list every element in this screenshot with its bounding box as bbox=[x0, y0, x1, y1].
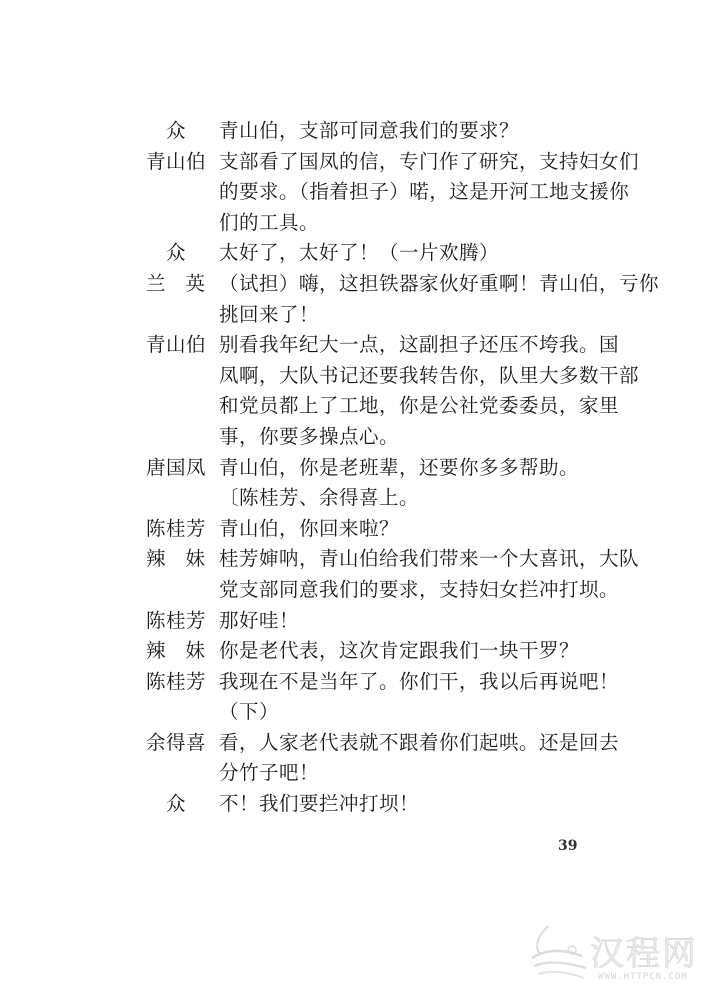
dialogue-text: 支部看了国凤的信，专门作了研究，支持妇女们 bbox=[219, 147, 639, 178]
dialogue-line: 挑回来了！ bbox=[146, 300, 606, 331]
dialogue-line: 陈桂芳青山伯，你回来啦？ bbox=[146, 514, 606, 545]
dialogue-line: 青山伯别看我年纪大一点，这副担子还压不垮我。国 bbox=[146, 330, 606, 361]
dialogue-text: 不！我们要拦冲打坝！ bbox=[219, 789, 419, 820]
watermark: 汉程网 WWW.HTTPCN.COM bbox=[528, 920, 708, 990]
dialogue-line: 青山伯支部看了国凤的信，专门作了研究，支持妇女们 bbox=[146, 147, 606, 178]
speaker: 陈桂芳 bbox=[146, 606, 212, 637]
speaker: 众 bbox=[146, 789, 206, 820]
dialogue-text: 凤啊，大队书记还要我转告你，队里大多数干部 bbox=[219, 361, 639, 392]
dialogue-text: 别看我年纪大一点，这副担子还压不垮我。国 bbox=[219, 330, 619, 361]
speaker: 唐国凤 bbox=[146, 453, 212, 484]
stage-direction-text: 〔陈桂芳、余得喜上。 bbox=[219, 483, 419, 514]
speaker: 辣妹 bbox=[146, 544, 212, 575]
dialogue-text: 青山伯，你是老班辈，还要你多多帮助。 bbox=[219, 453, 579, 484]
dialogue-line: 和党员都上了工地，你是公社党委委员，家里 bbox=[146, 391, 606, 422]
dialogue-line: 陈桂芳那好哇！ bbox=[146, 606, 606, 637]
speaker: 兰英 bbox=[146, 269, 212, 300]
dialogue-text: 我现在不是当年了。你们干，我以后再说吧！ bbox=[219, 667, 619, 698]
dialogue-text: 和党员都上了工地，你是公社党委委员，家里 bbox=[219, 391, 619, 422]
page-number: 39 bbox=[558, 838, 577, 854]
stage-direction: 〔陈桂芳、余得喜上。 bbox=[146, 483, 606, 514]
speaker: 众 bbox=[146, 238, 206, 269]
dialogue-line: 兰英（试担）嗨，这担铁器家伙好重啊！青山伯，亏你 bbox=[146, 269, 606, 300]
dialogue-text: 们的工具。 bbox=[219, 208, 319, 239]
stage-direction-text: （下） bbox=[219, 697, 279, 728]
dialogue-text: 党支部同意我们的要求，支持妇女拦冲打坝。 bbox=[219, 575, 619, 606]
dialogue-text: 看，人家老代表就不跟着你们起哄。还是回去 bbox=[219, 728, 619, 759]
dialogue-line: 辣妹桂芳婶呐，青山伯给我们带来一个大喜讯，大队 bbox=[146, 544, 606, 575]
dialogue-line: 陈桂芳我现在不是当年了。你们干，我以后再说吧！ bbox=[146, 667, 606, 698]
dialogue-text: 青山伯，你回来啦？ bbox=[219, 514, 399, 545]
dialogue-line: 众不！我们要拦冲打坝！ bbox=[146, 789, 606, 820]
dialogue-line: 众太好了，太好了！（一片欢腾） bbox=[146, 238, 606, 269]
speaker: 青山伯 bbox=[146, 330, 212, 361]
dialogue-block: 众青山伯，支部可同意我们的要求？ 青山伯支部看了国凤的信，专门作了研究，支持妇女… bbox=[146, 116, 606, 820]
dialogue-line: 事，你要多操点心。 bbox=[146, 422, 606, 453]
dragon-wave-logo-icon bbox=[528, 920, 592, 990]
dialogue-line: 众青山伯，支部可同意我们的要求？ bbox=[146, 116, 606, 147]
speaker: 辣妹 bbox=[146, 636, 212, 667]
dialogue-text: 分竹子吧！ bbox=[219, 758, 319, 789]
watermark-url: WWW.HTTPCN.COM bbox=[598, 972, 688, 982]
dialogue-line: 辣妹你是老代表，这次肯定跟我们一块干罗？ bbox=[146, 636, 606, 667]
dialogue-text: （试担）嗨，这担铁器家伙好重啊！青山伯，亏你 bbox=[219, 269, 659, 300]
speaker: 陈桂芳 bbox=[146, 514, 212, 545]
dialogue-line: 的要求。（指着担子）喏，这是开河工地支援你 bbox=[146, 177, 606, 208]
dialogue-line: 唐国凤青山伯，你是老班辈，还要你多多帮助。 bbox=[146, 453, 606, 484]
stage-direction: （下） bbox=[146, 697, 606, 728]
dialogue-text: 事，你要多操点心。 bbox=[219, 422, 399, 453]
dialogue-line: 凤啊，大队书记还要我转告你，队里大多数干部 bbox=[146, 361, 606, 392]
dialogue-text: 太好了，太好了！（一片欢腾） bbox=[219, 238, 499, 269]
dialogue-text: 桂芳婶呐，青山伯给我们带来一个大喜讯，大队 bbox=[219, 544, 639, 575]
dialogue-text: 的要求。（指着担子）喏，这是开河工地支援你 bbox=[219, 177, 629, 208]
dialogue-line: 党支部同意我们的要求，支持妇女拦冲打坝。 bbox=[146, 575, 606, 606]
watermark-title: 汉程网 bbox=[590, 926, 698, 975]
speaker: 众 bbox=[146, 116, 206, 147]
dialogue-text: 你是老代表，这次肯定跟我们一块干罗？ bbox=[219, 636, 579, 667]
speaker: 青山伯 bbox=[146, 147, 212, 178]
dialogue-text: 青山伯，支部可同意我们的要求？ bbox=[219, 116, 519, 147]
dialogue-text: 那好哇！ bbox=[219, 606, 299, 637]
speaker: 陈桂芳 bbox=[146, 667, 212, 698]
script-page: 众青山伯，支部可同意我们的要求？ 青山伯支部看了国凤的信，专门作了研究，支持妇女… bbox=[0, 0, 710, 994]
dialogue-text: 挑回来了！ bbox=[219, 300, 319, 331]
speaker: 余得喜 bbox=[146, 728, 212, 759]
dialogue-line: 们的工具。 bbox=[146, 208, 606, 239]
dialogue-line: 分竹子吧！ bbox=[146, 758, 606, 789]
dialogue-line: 余得喜看，人家老代表就不跟着你们起哄。还是回去 bbox=[146, 728, 606, 759]
